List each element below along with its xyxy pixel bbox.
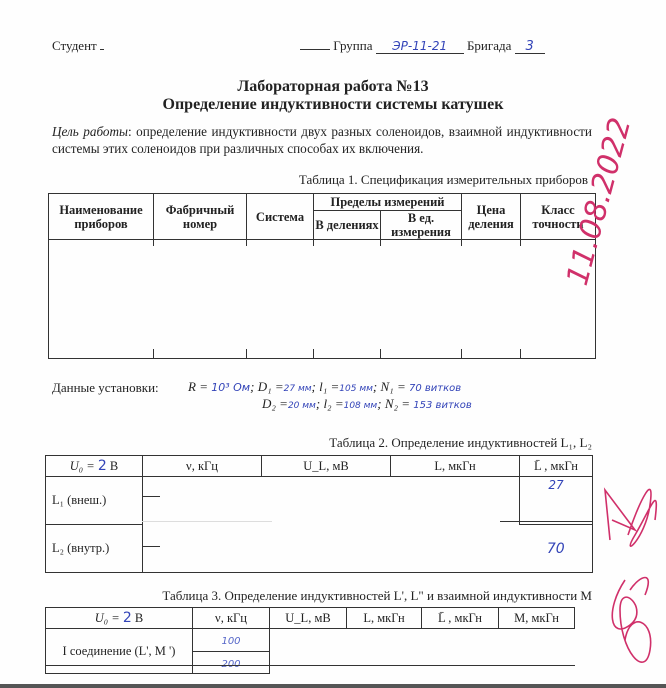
inductance-table-2: U₀ = 2 В ν, кГц U_L, мВ L, мкГн L̄ , мкГ… <box>45 607 575 674</box>
table-row <box>49 240 596 359</box>
l1-nu-dash <box>142 496 160 497</box>
th-limits-div: В делениях <box>314 211 381 240</box>
table1-caption: Таблица 1. Спецификация измерительных пр… <box>299 172 588 188</box>
th-division: Цена деления <box>462 194 521 240</box>
column-tick <box>246 349 247 359</box>
date-annotation: 11.08.2022 <box>560 29 661 289</box>
table-row: L₂ (внутр.) 70 <box>46 525 593 573</box>
u0-value[interactable]: 2 <box>98 458 107 474</box>
signature-icon <box>600 410 666 680</box>
D1-value: 27 мм <box>284 384 312 394</box>
th-m: M, мкГн <box>499 608 575 629</box>
nu-value[interactable]: 200 <box>193 651 270 674</box>
group-brigade-field: Группа ЭР-11-21 Бригада 3 <box>300 38 545 54</box>
th-lavg: L̄ , мкГн <box>520 456 593 477</box>
lab-subtitle: Определение индуктивности системы катуше… <box>0 96 666 114</box>
l2-avg-value[interactable]: 70 <box>520 525 593 573</box>
row-l1-cells[interactable] <box>143 477 520 525</box>
student-value[interactable] <box>100 49 104 50</box>
table1-body-cell[interactable] <box>49 240 596 359</box>
instruments-table: Наименование приборов Фабричный номер Си… <box>48 193 596 359</box>
table-row: L₁ (внеш.) 27 <box>46 477 593 525</box>
row-l2-cells[interactable] <box>143 525 520 573</box>
connection-1-cells[interactable] <box>270 629 575 674</box>
brigade-label: Бригада <box>467 38 511 53</box>
column-tick <box>246 240 247 246</box>
nu-value[interactable]: 100 <box>193 629 270 652</box>
column-tick <box>461 349 462 359</box>
row-label-connection-1: I соединение (L', M ') <box>46 629 193 674</box>
N2-value: 153 витков <box>413 400 472 411</box>
scan-edge <box>0 684 666 688</box>
goal-text: : определение индуктивности двух разных … <box>52 124 592 156</box>
column-tick <box>313 240 314 246</box>
student-label: Студент <box>52 38 97 53</box>
column-tick <box>153 349 154 359</box>
th-lavg: L̄ , мкГн <box>422 608 499 629</box>
th-limits: Пределы измерений <box>314 194 462 211</box>
column-tick <box>380 349 381 359</box>
inductance-table-1: U₀ = 2 В ν, кГц U_L, мВ L, мкГн L̄ , мкГ… <box>45 455 593 573</box>
l1-value: 105 мм <box>339 384 373 394</box>
th-nu: ν, кГц <box>193 608 270 629</box>
table-row: I соединение (L', M ') 100 <box>46 629 575 652</box>
th-ul: U_L, мВ <box>270 608 347 629</box>
column-tick <box>520 349 521 359</box>
row-label-l1: L₁ (внеш.) <box>46 477 143 525</box>
group-value[interactable]: ЭР-11-21 <box>376 40 464 54</box>
column-tick <box>380 240 381 246</box>
setup-label: Данные установки: <box>52 380 159 396</box>
l2-nu-dash <box>142 546 160 547</box>
table3-caption: Таблица 3. Определение индуктивностей L'… <box>162 588 592 604</box>
D2-value: 20 мм <box>288 401 316 411</box>
th-l: L, мкГн <box>391 456 520 477</box>
th-name: Наименование приборов <box>49 194 154 240</box>
row-label-l2: L₂ (внутр.) <box>46 525 143 573</box>
student-field: Студент <box>52 38 104 54</box>
u0-header: U₀ = 2 В <box>46 608 193 629</box>
row-divider <box>45 665 575 666</box>
blank-line <box>300 49 330 50</box>
goal-label: Цель работы <box>52 124 128 139</box>
group-label: Группа <box>333 38 372 53</box>
N1-value: 70 витков <box>409 383 461 394</box>
column-tick <box>313 349 314 359</box>
column-tick <box>461 240 462 246</box>
th-limits-units: В ед. измерения <box>381 211 462 240</box>
setup-line2: D₂ =20 мм; l₂ =108 мм; N₂ = 153 витков <box>262 396 472 412</box>
th-ul: U_L, мВ <box>262 456 391 477</box>
th-system: Система <box>247 194 314 240</box>
th-serial: Фабричный номер <box>154 194 247 240</box>
brigade-value[interactable]: 3 <box>515 40 545 54</box>
row-divider <box>500 521 593 522</box>
R-value: 10³ Ом <box>211 381 250 394</box>
column-tick <box>153 240 154 246</box>
setup-line1: R = 10³ Ом; D₁ =27 мм; l₁ =105 мм; N₁ = … <box>188 379 461 395</box>
th-l: L, мкГн <box>347 608 422 629</box>
lab-title: Лабораторная работа №13 <box>0 78 666 96</box>
l2-value: 108 мм <box>344 401 378 411</box>
goal-paragraph: Цель работы: определение индуктивности д… <box>52 123 592 157</box>
column-tick <box>520 240 521 246</box>
th-nu: ν, кГц <box>143 456 262 477</box>
table2-caption: Таблица 2. Определение индуктивностей L₁… <box>329 435 592 451</box>
u0-value[interactable]: 2 <box>123 610 132 626</box>
l1-avg-value[interactable]: 27 <box>520 477 593 525</box>
u0-header: U₀ = 2 В <box>46 456 143 477</box>
